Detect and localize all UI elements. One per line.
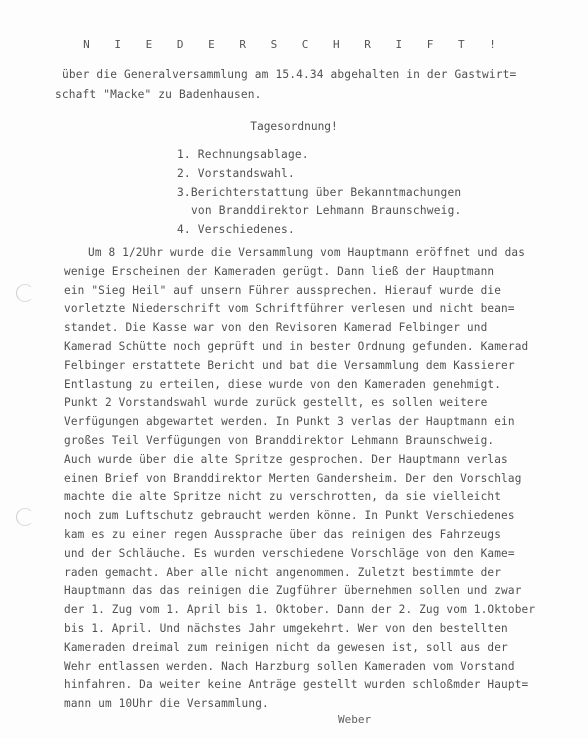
body-line: großes Teil Verfügungen von Branddirekto… bbox=[64, 432, 588, 451]
body-line: Hauptmann das das reinigen die Zugführer… bbox=[64, 582, 588, 601]
body-line: der 1. Zug vom 1. April bis 1. Oktober. … bbox=[64, 601, 588, 620]
agenda-heading: Tagesordnung! bbox=[0, 120, 588, 133]
body-line: und der Schläuche. Es wurden verschieden… bbox=[64, 545, 588, 564]
body-line: Auch wurde über die alte Spritze gesproc… bbox=[64, 451, 588, 470]
body-line: noch zum Luftschutz gebraucht werden kön… bbox=[64, 507, 588, 526]
body-line: ein "Sieg Heil" auf unsern Führer ausspr… bbox=[64, 282, 588, 301]
intro-line: schaft "Macke" zu Badenhausen. bbox=[55, 88, 262, 101]
agenda-item: 3.Berichterstattung über Bekanntmachunge… bbox=[177, 184, 461, 203]
body-line: Verfügungen abgewartet werden. In Punkt … bbox=[64, 413, 588, 432]
intro-line: über die Generalversammlung am 15.4.34 a… bbox=[62, 68, 516, 81]
minutes-body: Um 8 1/2Uhr wurde die Versammlung vom Ha… bbox=[64, 244, 588, 714]
agenda-item: von Branddirektor Lehmann Braunschweig. bbox=[177, 202, 461, 221]
signature: Weber bbox=[338, 713, 371, 726]
agenda-list: 1. Rechnungsablage.2. Vorstandswahl.3.Be… bbox=[177, 146, 461, 240]
body-line: Wehr entlassen werden. Nach Harzburg sol… bbox=[64, 658, 588, 677]
body-line: Kameraden dreimal zum reinigen nicht da … bbox=[64, 639, 588, 658]
agenda-item: 4. Verschiedenes. bbox=[177, 221, 461, 240]
agenda-item: 1. Rechnungsablage. bbox=[177, 146, 461, 165]
body-line: Entlastung zu erteilen, diese wurde von … bbox=[64, 376, 588, 395]
body-line: Felbinger erstattete Bericht und bat die… bbox=[64, 357, 588, 376]
body-line: vorletzte Niederschrift vom Schriftführe… bbox=[64, 300, 588, 319]
body-line: wenige Erscheinen der Kameraden gerügt. … bbox=[64, 263, 588, 282]
body-line: Punkt 2 Vorstandswahl wurde zurück geste… bbox=[64, 394, 588, 413]
body-line: Um 8 1/2Uhr wurde die Versammlung vom Ha… bbox=[64, 244, 588, 263]
body-line: raden gemacht. Aber alle nicht angenomme… bbox=[64, 564, 588, 583]
document-page: N I E D E R S C H R I F T ! über die Gen… bbox=[0, 0, 588, 739]
body-line: standet. Die Kasse war von den Revisoren… bbox=[64, 319, 588, 338]
body-line: mann um 10Uhr die Versammlung. bbox=[64, 695, 588, 714]
body-line: kam es zu einer regen Aussprache über da… bbox=[64, 526, 588, 545]
agenda-item: 2. Vorstandswahl. bbox=[177, 165, 461, 184]
body-line: einen Brief von Branddirektor Merten Gan… bbox=[64, 470, 588, 489]
body-line: Kamerad Schütte noch geprüft und in best… bbox=[64, 338, 588, 357]
body-line: machte die alte Spritze nicht zu verschr… bbox=[64, 488, 588, 507]
document-title: N I E D E R S C H R I F T ! bbox=[0, 38, 588, 51]
body-line: hinfahren. Da weiter keine Anträge geste… bbox=[64, 676, 588, 695]
punch-hole-icon bbox=[16, 508, 34, 526]
punch-hole-icon bbox=[16, 284, 34, 302]
body-line: bis 1. April. Und nächstes Jahr umgekehr… bbox=[64, 620, 588, 639]
